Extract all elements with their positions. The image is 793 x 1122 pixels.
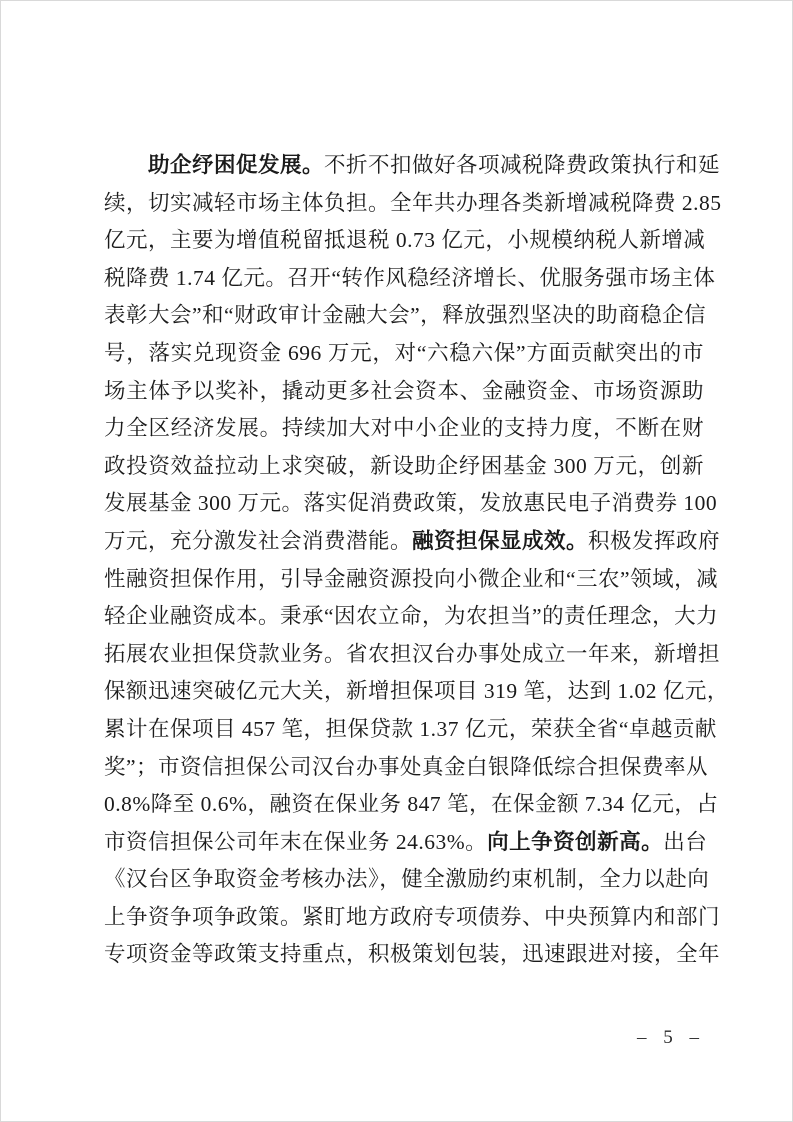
text-line: 市资信担保公司年末在保业务 24.63%。向上争资创新高。出台 xyxy=(104,824,704,862)
text-run: 保额迅速突破亿元大关，新增担保项目 319 笔，达到 1.02 亿元， xyxy=(104,679,729,703)
document-page: 助企纾困促发展。不折不扣做好各项减税降费政策执行和延续，切实减轻市场主体负担。全… xyxy=(0,0,793,1122)
text-run: 轻企业融资成本。秉承“因农立命，为农担当”的责任理念，大力 xyxy=(104,604,718,628)
text-run: 《汉台区争取资金考核办法》，健全激励约束机制，全力以赴向 xyxy=(104,867,709,891)
text-run: 亿元，主要为增值税留抵退税 0.73 亿元，小规模纳税人新增减 xyxy=(104,228,705,252)
bold-run-heading: 融资担保显成效。 xyxy=(412,529,588,553)
text-line: 万元，充分激发社会消费潜能。融资担保显成效。积极发挥政府 xyxy=(104,523,704,561)
text-run: 不折不扣做好各项减税降费政策执行和延 xyxy=(324,153,720,177)
text-line: 上争资争项争政策。紧盯地方政府专项债券、中央预算内和部门 xyxy=(104,899,704,937)
text-line: 政投资效益拉动上求突破，新设助企纾困基金 300 万元，创新 xyxy=(104,448,704,486)
bold-run-heading: 向上争资创新高。 xyxy=(487,830,663,854)
text-line: 《汉台区争取资金考核办法》，健全激励约束机制，全力以赴向 xyxy=(104,861,704,899)
text-run: 万元，充分激发社会消费潜能。 xyxy=(104,529,412,553)
text-line: 力全区经济发展。持续加大对中小企业的支持力度，不断在财 xyxy=(104,410,704,448)
text-line: 专项资金等政策支持重点，积极策划包装，迅速跟进对接，全年 xyxy=(104,936,704,974)
text-run: 表彰大会”和“财政审计金融大会”，释放强烈坚决的助商稳企信 xyxy=(104,303,706,327)
text-line: 发展基金 300 万元。落实促消费政策，发放惠民电子消费券 100 xyxy=(104,485,704,523)
text-run: 力全区经济发展。持续加大对中小企业的支持力度，不断在财 xyxy=(104,416,704,440)
text-run: 政投资效益拉动上求突破，新设助企纾困基金 300 万元，创新 xyxy=(104,454,704,478)
document-body: 助企纾困促发展。不折不扣做好各项减税降费政策执行和延续，切实减轻市场主体负担。全… xyxy=(104,147,704,974)
text-run: 专项资金等政策支持重点，积极策划包装，迅速跟进对接，全年 xyxy=(104,942,720,966)
text-line: 续，切实减轻市场主体负担。全年共办理各类新增减税降费 2.85 xyxy=(104,185,704,223)
text-line: 拓展农业担保贷款业务。省农担汉台办事处成立一年来，新增担 xyxy=(104,636,704,674)
text-line: 累计在保项目 457 笔，担保贷款 1.37 亿元，荣获全省“卓越贡献 xyxy=(104,711,704,749)
text-run: 拓展农业担保贷款业务。省农担汉台办事处成立一年来，新增担 xyxy=(104,642,720,666)
text-run: 积极发挥政府 xyxy=(588,529,720,553)
text-run: 上争资争项争政策。紧盯地方政府专项债券、中央预算内和部门 xyxy=(104,905,720,929)
text-run: 0.8%降至 0.6%，融资在保业务 847 笔，在保金额 7.34 亿元，占 xyxy=(104,792,718,816)
text-line: 奖”；市资信担保公司汉台办事处真金白银降低综合担保费率从 xyxy=(104,749,704,787)
text-line: 场主体予以奖补，撬动更多社会资本、金融资金、市场资源助 xyxy=(104,373,704,411)
text-line: 轻企业融资成本。秉承“因农立命，为农担当”的责任理念，大力 xyxy=(104,598,704,636)
text-run: 税降费 1.74 亿元。召开“转作风稳经济增长、优服务强市场主体 xyxy=(104,266,715,290)
text-line: 亿元，主要为增值税留抵退税 0.73 亿元，小规模纳税人新增减 xyxy=(104,222,704,260)
text-run: 发展基金 300 万元。落实促消费政策，发放惠民电子消费券 100 xyxy=(104,491,717,515)
text-run: 续，切实减轻市场主体负担。全年共办理各类新增减税降费 2.85 xyxy=(104,191,722,215)
text-line: 0.8%降至 0.6%，融资在保业务 847 笔，在保金额 7.34 亿元，占 xyxy=(104,786,704,824)
text-line: 税降费 1.74 亿元。召开“转作风稳经济增长、优服务强市场主体 xyxy=(104,260,704,298)
text-run: 累计在保项目 457 笔，担保贷款 1.37 亿元，荣获全省“卓越贡献 xyxy=(104,717,717,741)
text-line: 保额迅速突破亿元大关，新增担保项目 319 笔，达到 1.02 亿元， xyxy=(104,673,704,711)
bold-run-heading: 助企纾困促发展。 xyxy=(148,153,324,177)
text-run: 出台 xyxy=(663,830,707,854)
text-line: 号，落实兑现资金 696 万元，对“六稳六保”方面贡献突出的市 xyxy=(104,335,704,373)
text-line: 表彰大会”和“财政审计金融大会”，释放强烈坚决的助商稳企信 xyxy=(104,297,704,335)
page-number: – 5 – xyxy=(611,1023,731,1053)
text-line: 性融资担保作用，引导金融资源投向小微企业和“三农”领域，减 xyxy=(104,561,704,599)
text-run: 性融资担保作用，引导金融资源投向小微企业和“三农”领域，减 xyxy=(104,567,718,591)
text-run: 市资信担保公司年末在保业务 24.63%。 xyxy=(104,830,487,854)
text-run: 场主体予以奖补，撬动更多社会资本、金融资金、市场资源助 xyxy=(104,379,704,403)
text-run: 奖”；市资信担保公司汉台办事处真金白银降低综合担保费率从 xyxy=(104,755,708,779)
text-line: 助企纾困促发展。不折不扣做好各项减税降费政策执行和延 xyxy=(104,147,704,185)
text-run: 号，落实兑现资金 696 万元，对“六稳六保”方面贡献突出的市 xyxy=(104,341,704,365)
